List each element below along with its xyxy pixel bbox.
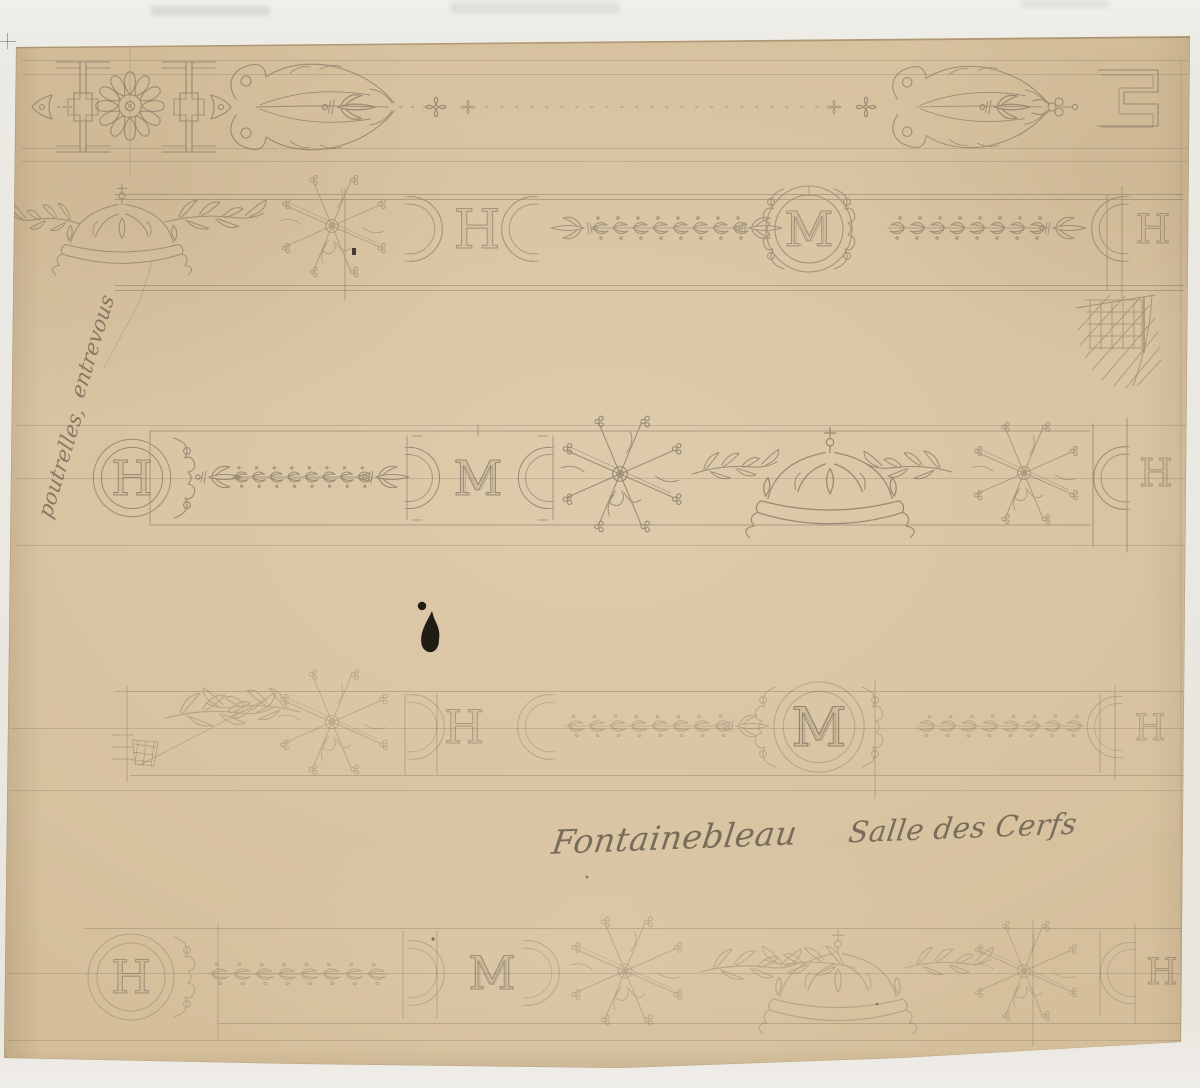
floral-spray bbox=[279, 670, 387, 775]
half-medallion bbox=[1094, 447, 1130, 510]
half-medallion bbox=[1087, 696, 1122, 757]
monogram-h: H bbox=[444, 700, 484, 754]
bay-leaf-garland bbox=[232, 467, 373, 488]
bay-leaf-garland bbox=[565, 715, 733, 736]
scroll-bracket bbox=[174, 937, 195, 1017]
half-medallion bbox=[502, 197, 539, 262]
pencil-smudge bbox=[150, 6, 270, 16]
half-medallion bbox=[518, 695, 555, 760]
half-medallion bbox=[405, 447, 440, 508]
band-2-frieze: H M M H bbox=[11, 175, 1183, 300]
half-medallion bbox=[522, 941, 559, 1006]
half-medallion bbox=[1092, 197, 1129, 262]
floret-motif bbox=[856, 97, 876, 117]
half-medallion bbox=[1100, 942, 1135, 1003]
floral-spray bbox=[561, 416, 681, 532]
ornament-drawing: H M M H H bbox=[0, 0, 1200, 1088]
leaf-branch bbox=[691, 449, 780, 480]
monogram-h: H bbox=[1134, 708, 1165, 749]
strapwork-bracket bbox=[162, 62, 192, 152]
half-medallion bbox=[407, 941, 444, 1006]
hatch-wedge bbox=[1076, 295, 1161, 388]
bay-leaf-garland bbox=[208, 963, 387, 984]
paper-edge bbox=[4, 37, 1190, 1068]
strapwork-bracket bbox=[186, 62, 216, 152]
monogram-h: H bbox=[1136, 207, 1171, 253]
crown-motif bbox=[746, 427, 914, 537]
monogram-h: H bbox=[1139, 451, 1172, 495]
floral-spray bbox=[280, 175, 385, 276]
strapwork-shield bbox=[211, 95, 231, 119]
band-4-panel-lines bbox=[112, 680, 1183, 798]
palmette-motif bbox=[893, 66, 1048, 147]
band-5-frieze bbox=[88, 917, 1136, 1033]
monogram-h: H bbox=[111, 950, 151, 1004]
ruled-lines bbox=[8, 47, 1188, 1041]
floret-motif bbox=[426, 97, 446, 117]
laurel-spray bbox=[165, 200, 266, 229]
crenellated-terminal bbox=[1098, 70, 1158, 127]
svg-text:M: M bbox=[468, 946, 515, 1000]
monogram-m: M M bbox=[468, 946, 515, 1000]
register-mark bbox=[0, 41, 16, 42]
monogram-m-medallion: M M bbox=[784, 202, 833, 258]
floral-spray bbox=[974, 922, 1077, 1021]
crown-motif bbox=[759, 930, 917, 1034]
leaf-spray bbox=[165, 693, 275, 726]
band-5-panel-lines bbox=[85, 920, 1183, 1046]
pencil-smudge bbox=[450, 2, 620, 14]
floret-motif bbox=[461, 100, 475, 114]
scroll-bracket bbox=[174, 438, 195, 518]
palmette-motif bbox=[231, 64, 394, 150]
ink-fleck bbox=[352, 248, 356, 255]
scroll-bracket bbox=[862, 687, 883, 767]
monogram-h: H bbox=[1146, 952, 1177, 993]
crown-motif bbox=[52, 184, 191, 275]
bay-leaf-garland bbox=[888, 217, 1048, 239]
svg-text:M: M bbox=[791, 696, 846, 759]
leaf-branch bbox=[864, 451, 952, 479]
pencil-smudge bbox=[1020, 0, 1110, 8]
speck bbox=[431, 937, 434, 940]
half-medallion bbox=[518, 447, 553, 508]
monogram-m: M M bbox=[453, 451, 502, 507]
hatched-basket bbox=[132, 740, 158, 767]
svg-text:M: M bbox=[453, 451, 502, 507]
band-4-frieze bbox=[140, 670, 1123, 775]
svg-text:M: M bbox=[784, 202, 833, 258]
drawing-sheet: H M M H H bbox=[0, 0, 1200, 1088]
half-medallion bbox=[405, 197, 442, 262]
register-mark bbox=[7, 33, 8, 49]
speck bbox=[876, 1003, 879, 1006]
ink-blot bbox=[352, 248, 878, 1005]
half-medallion bbox=[407, 695, 444, 760]
floral-spray bbox=[570, 917, 682, 1025]
floral-spray bbox=[972, 422, 1077, 523]
bay-leaf-garland bbox=[917, 715, 1085, 736]
strapwork-bracket bbox=[80, 62, 110, 152]
scan-backing: H M M H H bbox=[0, 0, 1200, 1088]
floret-motif bbox=[827, 100, 841, 114]
leaf-branch bbox=[763, 946, 855, 975]
monogram-h: H bbox=[453, 198, 500, 261]
band-3-frieze: H M M H bbox=[93, 416, 1172, 552]
monogram-h: H bbox=[111, 451, 153, 507]
bay-leaf-garland bbox=[590, 217, 750, 239]
speck bbox=[586, 876, 589, 879]
band-1-frieze bbox=[32, 62, 1158, 152]
strapwork-shield bbox=[32, 95, 52, 119]
monogram-m-medallion: M M bbox=[791, 696, 846, 759]
